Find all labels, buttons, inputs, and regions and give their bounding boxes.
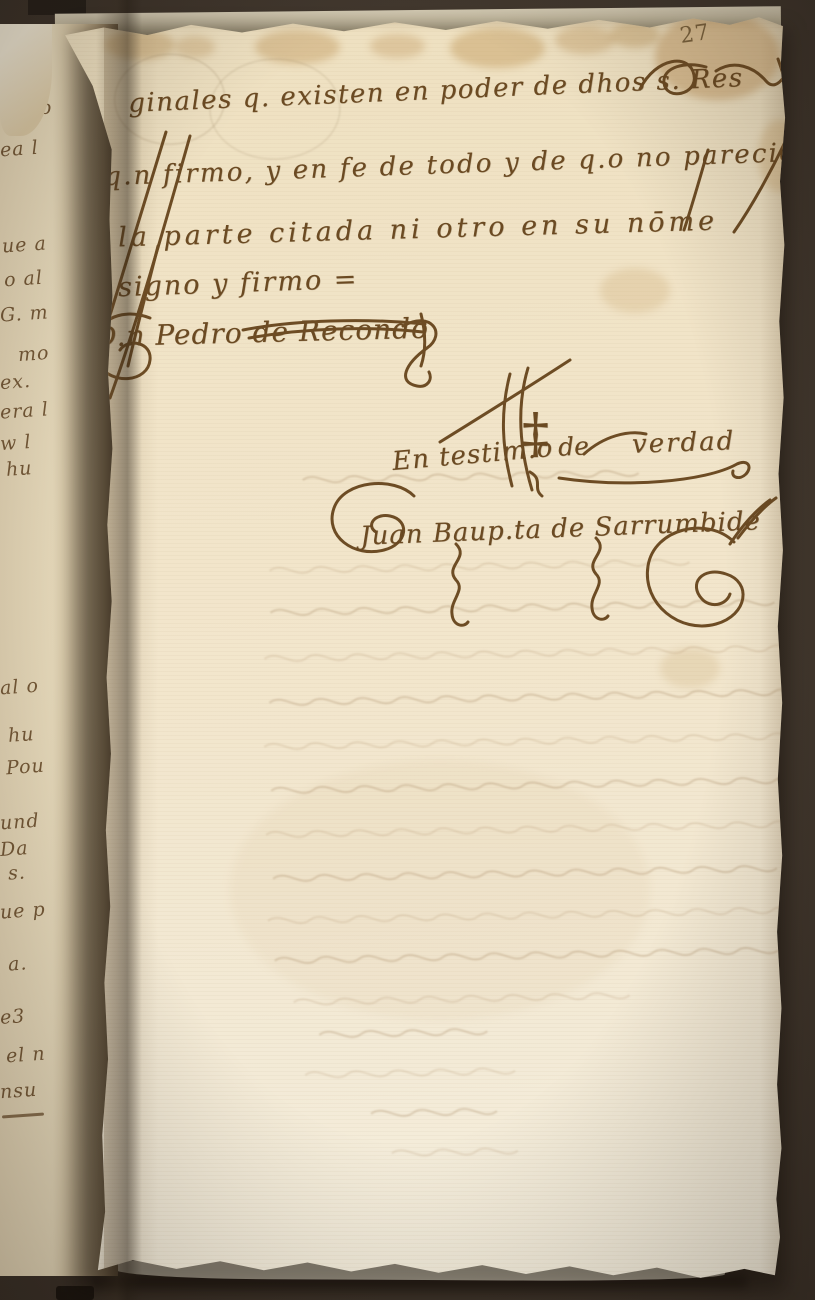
manuscript-photo: o lib ea l ue a o al G. m mo ex. era l w… [0, 0, 815, 1300]
gutter-fragment: al o [0, 675, 40, 700]
gutter-fragment: mo [17, 342, 50, 366]
gutter-fragment: a. [7, 952, 28, 975]
gutter-fragment: Pou [5, 755, 45, 780]
gutter-fragment: hu [5, 457, 33, 481]
gutter-fragment: s. [7, 861, 26, 884]
gutter-fragment: ex. [0, 370, 32, 394]
gutter-fragment: nsu [0, 1079, 38, 1104]
gutter-fragment: Da [0, 837, 29, 861]
gutter-fragment: w l [0, 431, 32, 455]
gutter-fragment: ue p [0, 898, 46, 923]
gutter-fragment: ue a [1, 232, 47, 257]
gutter-fragment: ea l [0, 137, 39, 162]
signature-loop-rubric [580, 496, 800, 686]
gutter-fragment: hu [7, 723, 35, 747]
gutter-fragment: o al [3, 267, 43, 292]
gutter-fragment: era l [0, 398, 49, 423]
fox-stain [555, 26, 615, 54]
gutter-fragment: el n [5, 1043, 46, 1068]
gutter-fragment: e3 [0, 1005, 26, 1029]
notarial-cross-icon: ‡ [522, 402, 549, 465]
gutter-ink-stroke [2, 1113, 44, 1119]
gutter-fragment: und [0, 810, 40, 835]
gutter-fragment: G. m [0, 301, 49, 326]
attestation-underline-flourish [555, 452, 765, 496]
fox-stain [450, 28, 545, 68]
fox-stain [370, 34, 425, 58]
paper-stain [600, 268, 670, 313]
notary-rubric-flourish [235, 308, 435, 392]
manuscript-page: 27 ginales q. existen en poder de dhos s… [60, 16, 788, 1288]
